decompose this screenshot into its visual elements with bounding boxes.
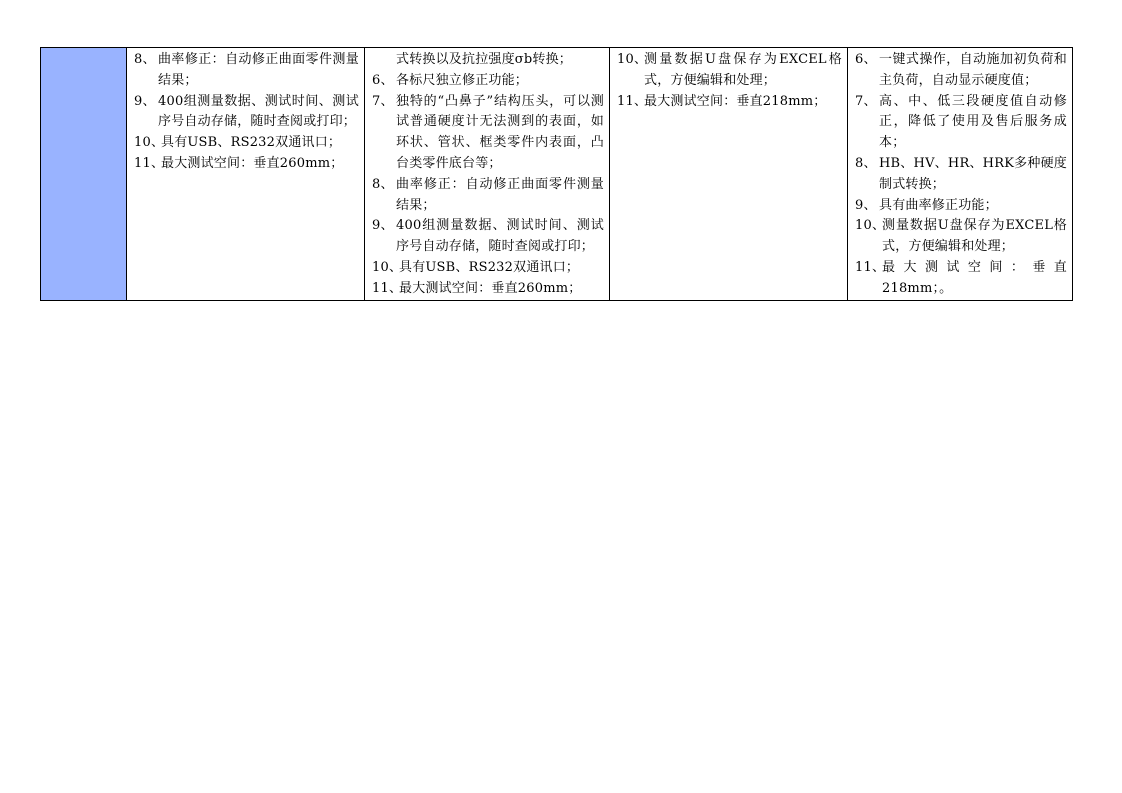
table-row: 8、曲率修正：自动修正曲面零件测量结果； 9、400组测量数据、测试时间、测试序…: [41, 48, 1073, 301]
list-item: 9、400组测量数据、测试时间、测试序号自动存储，随时查阅或打印；: [134, 92, 359, 134]
list-item: 11、最大测试空间：垂直218mm；: [617, 92, 842, 113]
item-text: 最大测试空间：垂直218mm；: [644, 94, 826, 109]
spec-list: 6、一键式操作，自动施加初负荷和主负荷，自动显示硬度值； 7、高、中、低三段硬度…: [855, 50, 1067, 300]
item-text: 具有USB、RS232双通讯口；: [399, 260, 579, 275]
spec-list: 式转换以及抗拉强度σb转换； 6、各标尺独立修正功能； 7、独特的“凸鼻子”结构…: [372, 50, 604, 300]
list-item: 9、具有曲率修正功能；: [855, 196, 1067, 217]
item-text: 高、中、低三段硬度值自动修正，降低了使用及售后服务成本；: [879, 94, 1067, 151]
item-text: 曲率修正：自动修正曲面零件测量结果；: [396, 177, 604, 213]
list-item: 式转换以及抗拉强度σb转换；: [372, 50, 604, 71]
item-text: 400组测量数据、测试时间、测试序号自动存储，随时查阅或打印；: [396, 218, 604, 254]
list-item: 10、测量数据U盘保存为EXCEL格式，方便编辑和处理；: [617, 50, 842, 92]
list-item: 6、一键式操作，自动施加初负荷和主负荷，自动显示硬度值；: [855, 50, 1067, 92]
spec-list: 8、曲率修正：自动修正曲面零件测量结果； 9、400组测量数据、测试时间、测试序…: [134, 50, 359, 175]
item-number: 10、: [372, 258, 402, 279]
list-item: 7、独特的“凸鼻子”结构压头，可以测试普通硬度计无法测到的表面，如环状、管状、框…: [372, 92, 604, 175]
spec-cell-4: 6、一键式操作，自动施加初负荷和主负荷，自动显示硬度值； 7、高、中、低三段硬度…: [848, 48, 1073, 301]
list-item: 6、各标尺独立修正功能；: [372, 71, 604, 92]
list-item: 11、最大测试空间：垂直260mm；: [134, 154, 359, 175]
item-number: 7、: [855, 92, 877, 113]
list-item: 8、HB、HV、HR、HRK多种硬度制式转换；: [855, 154, 1067, 196]
item-text: 测量数据U盘保存为EXCEL格式，方便编辑和处理；: [644, 52, 842, 88]
item-number: 6、: [372, 71, 394, 92]
item-text: 式转换以及抗拉强度σb转换；: [396, 52, 572, 67]
list-item: 8、曲率修正：自动修正曲面零件测量结果；: [372, 175, 604, 217]
item-text: 最大测试空间：垂直260mm；: [161, 156, 343, 171]
item-number: 6、: [855, 50, 877, 71]
item-number: 11、: [134, 154, 164, 175]
item-number: 10、: [134, 133, 164, 154]
item-number: 8、: [855, 154, 877, 175]
list-item: 10、具有USB、RS232双通讯口；: [372, 258, 604, 279]
item-text: 400组测量数据、测试时间、测试序号自动存储，随时查阅或打印；: [158, 94, 359, 130]
item-number: 7、: [372, 92, 394, 113]
spec-table: 8、曲率修正：自动修正曲面零件测量结果； 9、400组测量数据、测试时间、测试序…: [40, 47, 1073, 301]
item-text: 测量数据U盘保存为EXCEL格式，方便编辑和处理；: [882, 218, 1067, 254]
item-text: 最大测试空间：垂直260mm；: [399, 281, 581, 296]
item-number: 11、: [372, 279, 402, 300]
spec-cell-3: 10、测量数据U盘保存为EXCEL格式，方便编辑和处理； 11、最大测试空间：垂…: [610, 48, 848, 301]
list-item: 8、曲率修正：自动修正曲面零件测量结果；: [134, 50, 359, 92]
list-item: 11、最大测试空间：垂直260mm；: [372, 279, 604, 300]
item-number: 9、: [134, 92, 156, 113]
spec-cell-1: 8、曲率修正：自动修正曲面零件测量结果； 9、400组测量数据、测试时间、测试序…: [127, 48, 365, 301]
list-item: 10、测量数据U盘保存为EXCEL格式，方便编辑和处理；: [855, 216, 1067, 258]
list-item: 9、400组测量数据、测试时间、测试序号自动存储，随时查阅或打印；: [372, 216, 604, 258]
label-cell: [41, 48, 127, 301]
item-text: 具有曲率修正功能；: [879, 198, 998, 213]
item-number: 11、: [617, 92, 647, 113]
item-text: 各标尺独立修正功能；: [396, 73, 528, 88]
item-number: 10、: [855, 216, 885, 237]
item-text: 曲率修正：自动修正曲面零件测量结果；: [158, 52, 359, 88]
item-text: 具有USB、RS232双通讯口；: [161, 135, 341, 150]
item-number: 8、: [372, 175, 394, 196]
item-text: HB、HV、HR、HRK多种硬度制式转换；: [879, 156, 1067, 192]
item-number: 8、: [134, 50, 156, 71]
item-text: 一键式操作，自动施加初负荷和主负荷，自动显示硬度值；: [879, 52, 1067, 88]
spec-list: 10、测量数据U盘保存为EXCEL格式，方便编辑和处理； 11、最大测试空间：垂…: [617, 50, 842, 112]
item-text: 最大测试空间：垂直218mm；。: [882, 260, 1067, 296]
item-text: 独特的“凸鼻子”结构压头，可以测试普通硬度计无法测到的表面，如环状、管状、框类零…: [396, 94, 604, 171]
item-number: 9、: [855, 196, 877, 217]
list-item: 7、高、中、低三段硬度值自动修正，降低了使用及售后服务成本；: [855, 92, 1067, 154]
item-number: 11、: [855, 258, 885, 279]
item-number: 10、: [617, 50, 647, 71]
item-number: 9、: [372, 216, 394, 237]
list-item: 10、具有USB、RS232双通讯口；: [134, 133, 359, 154]
spec-cell-2: 式转换以及抗拉强度σb转换； 6、各标尺独立修正功能； 7、独特的“凸鼻子”结构…: [365, 48, 610, 301]
list-item: 11、最大测试空间：垂直218mm；。: [855, 258, 1067, 300]
